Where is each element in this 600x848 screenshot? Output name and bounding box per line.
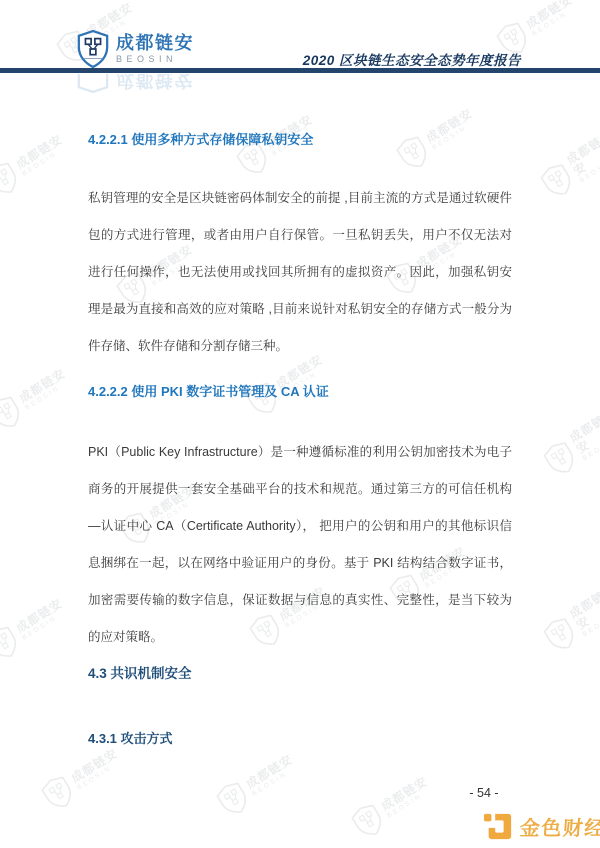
beosin-shield-watermark-icon (540, 438, 581, 480)
beosin-shield-watermark-icon (537, 160, 578, 202)
paragraph-line: 商务的开展提供一套安全基础平台的技术和规范。通过第三方的可信任机构— (88, 471, 512, 508)
watermark: 成都链安BEOSIN (393, 102, 482, 174)
page-number: - 54 - (452, 786, 516, 800)
beosin-shield-watermark-icon (38, 772, 79, 814)
paragraph-line: PKI（Public Key Infrastructure）是一种遵循标准的利用… (88, 434, 512, 471)
watermark: 成都链安BEOSIN (38, 742, 127, 814)
paragraph-line: 包的方式进行管理，或者由用户自行保管。一旦私钥丢失，用户不仅无法对数据 (88, 217, 512, 254)
header-divider-bar (0, 68, 600, 73)
watermark: 成都链安BEOSIN (540, 589, 600, 656)
beosin-shield-icon (76, 29, 110, 69)
beosin-shield-watermark-icon (0, 392, 27, 434)
section-heading-431: 4.3.1 攻击方式 (88, 728, 173, 747)
watermark: 成都链安BEOSIN (213, 748, 302, 820)
beosin-shield-watermark-icon (540, 614, 581, 656)
jinse-finance-icon (483, 811, 513, 841)
section-heading-4221: 4.2.2.1 使用多种方式存储保障私钥安全 (88, 129, 313, 148)
paragraph-line: 加密需要传输的数字信息，保证数据与信息的真实性、完整性，是当下较为通用 (88, 582, 512, 619)
paragraph-pki: PKI（Public Key Infrastructure）是一种遵循标准的利用… (88, 434, 512, 656)
watermark: 成都链安BEOSIN (348, 770, 437, 842)
beosin-logo: 成都链安 BEOSIN (76, 29, 194, 69)
paragraph-line: 私钥管理的安全是区块链密码体制安全的前提 ,目前主流的方式是通过软硬件钱 (88, 180, 512, 217)
beosin-shield-icon (76, 74, 110, 94)
jinse-finance-label: 金色财经 (519, 812, 600, 841)
report-title: 2020 区块链生态安全态势年度报告 (303, 49, 521, 69)
watermark: 成都链安BEOSIN (537, 135, 600, 202)
paragraph-line: 进行任何操作，也无法使用或找回其所拥有的虚拟资产。因此，加强私钥安全管 (88, 254, 512, 291)
paragraph-private-key: 私钥管理的安全是区块链密码体制安全的前提 ,目前主流的方式是通过软硬件钱 包的方… (88, 180, 512, 365)
logo-en-text: BEOSIN (116, 54, 194, 64)
logo-cn-text: 成都链安 (116, 34, 194, 54)
beosin-shield-watermark-icon (348, 800, 389, 842)
logo-reflection: 成都链安 BEOSIN (76, 74, 194, 94)
watermark: 成都链安BEOSIN (0, 362, 75, 434)
beosin-shield-watermark-icon (393, 132, 434, 174)
beosin-shield-watermark-icon (0, 622, 24, 664)
watermark: 成都链安BEOSIN (0, 128, 72, 200)
beosin-shield-watermark-icon (213, 778, 254, 820)
paragraph-line: 理是最为直接和高效的应对策略 ,目前来说针对私钥安全的存储方式一般分为硬 (88, 291, 512, 328)
beosin-shield-watermark-icon (0, 158, 24, 200)
section-heading-4222: 4.2.2.2 使用 PKI 数字证书管理及 CA 认证 (88, 381, 329, 400)
paragraph-line: —认证中心 CA（Certificate Authority）， 把用户的公钥和… (88, 508, 512, 545)
paragraph-line: 息捆绑在一起，以在网络中验证用户的身份。基于 PKI 结构结合数字证书，通过 (88, 545, 512, 582)
paragraph-line: 的应对策略。 (88, 619, 512, 656)
section-heading-43: 4.3 共识机制安全 (88, 662, 192, 682)
report-page: 成都链安BEOSIN 成都链安BEOSIN 成都链安BEOSIN 成都链安BEO… (0, 0, 600, 848)
watermark: 成都链安BEOSIN (540, 413, 600, 480)
paragraph-line: 件存储、软件存储和分割存储三种。 (88, 328, 512, 365)
watermark: 成都链安BEOSIN (0, 592, 72, 664)
jinse-finance-logo: 金色财经 (483, 811, 600, 841)
